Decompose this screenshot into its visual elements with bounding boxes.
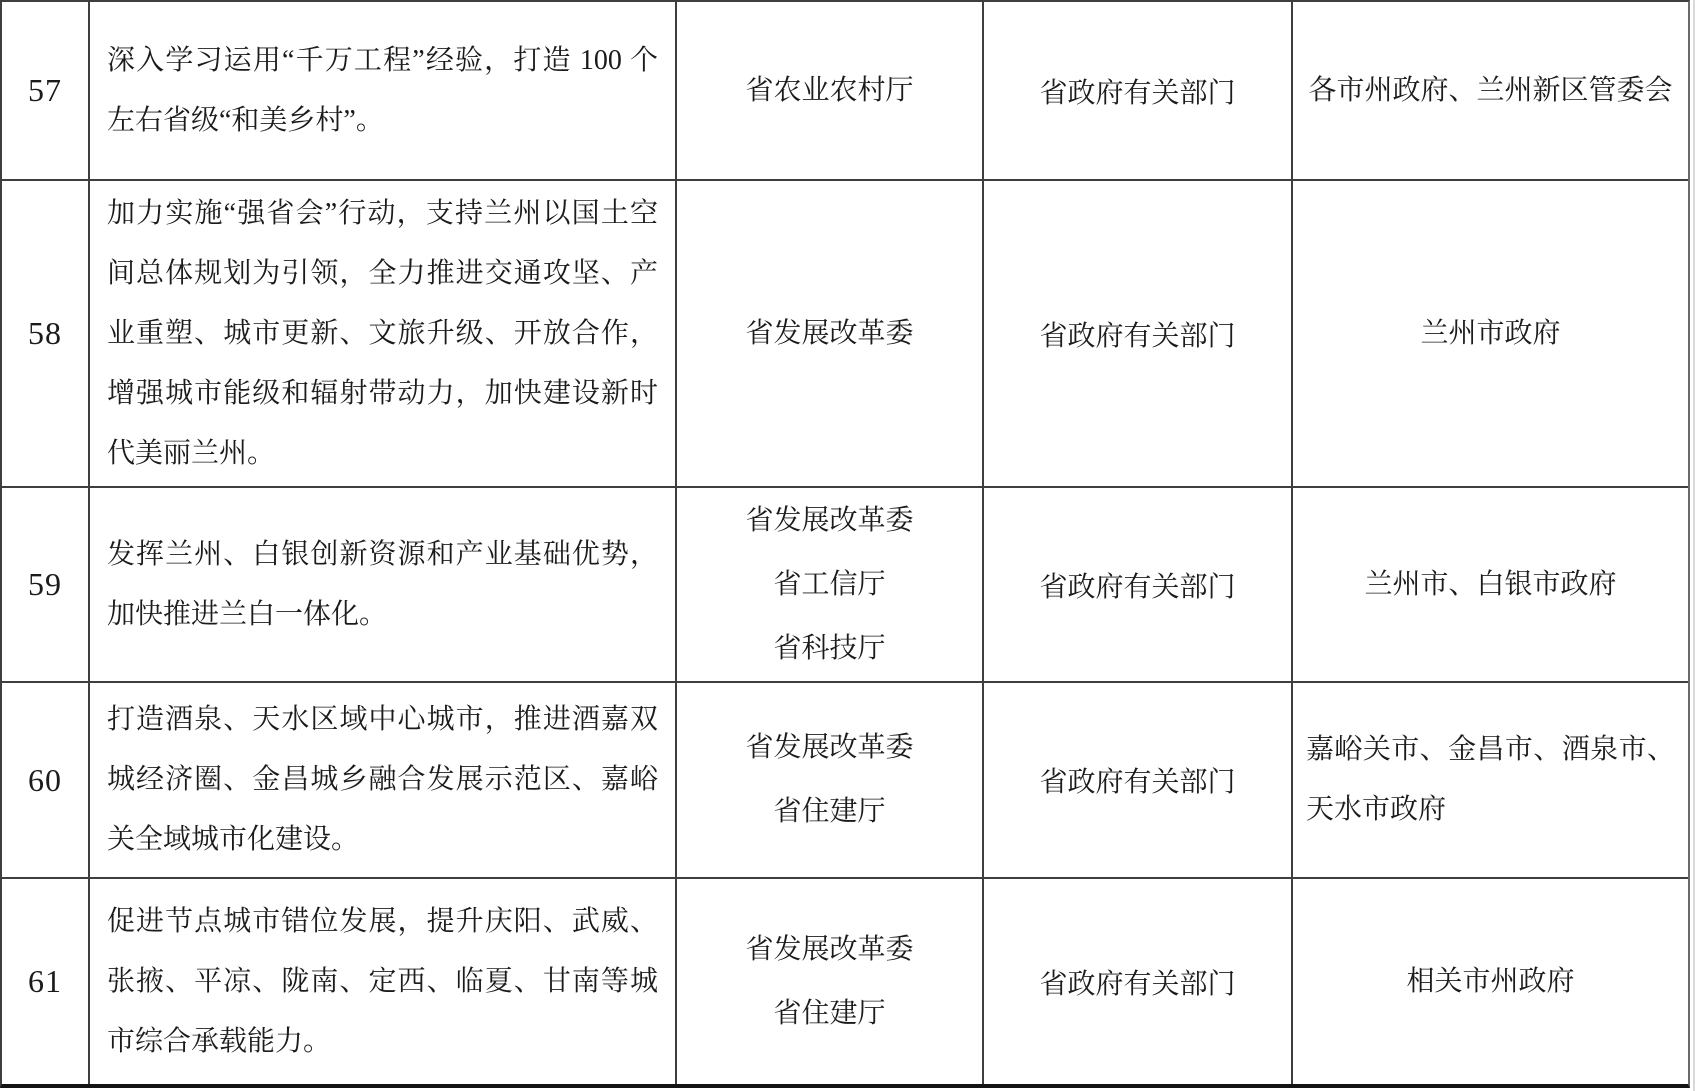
responsible-unit: 省政府有关部门 bbox=[1039, 962, 1235, 1002]
implement-unit-cell: 相关市州政府 bbox=[1293, 879, 1688, 1084]
responsible-unit: 省政府有关部门 bbox=[1039, 71, 1235, 111]
lead-unit: 省住建厅 bbox=[677, 780, 982, 844]
lead-unit-cell: 省发展改革委 bbox=[677, 181, 984, 488]
implement-unit-cell: 兰州市政府 bbox=[1293, 181, 1688, 488]
lead-unit: 省发展改革委 bbox=[677, 716, 982, 780]
implement-unit: 各市州政府、兰州新区管委会 bbox=[1293, 62, 1688, 120]
row-number: 61 bbox=[2, 879, 90, 1084]
lead-unit: 省发展改革委 bbox=[677, 489, 982, 553]
task-text: 促进节点城市错位发展，提升庆阳、武威、张掖、平凉、陇南、定西、临夏、甘南等城市综… bbox=[90, 892, 675, 1072]
lead-unit-lines: 省发展改革委 省工信厅 省科技厅 bbox=[677, 489, 982, 681]
responsible-unit: 省政府有关部门 bbox=[1039, 760, 1235, 800]
lead-unit-lines: 省农业农村厅 bbox=[677, 59, 982, 123]
task-text: 深入学习运用“千万工程”经验，打造 100 个左右省级“和美乡村”。 bbox=[90, 31, 675, 151]
lead-unit-lines: 省发展改革委 省住建厅 bbox=[677, 918, 982, 1046]
responsible-unit-cell: 省政府有关部门 bbox=[984, 488, 1293, 683]
implement-unit-cell: 兰州市、白银市政府 bbox=[1293, 488, 1688, 683]
lead-unit-cell: 省发展改革委 省住建厅 bbox=[677, 879, 984, 1084]
implement-unit: 嘉峪关市、金昌市、酒泉市、天水市政府 bbox=[1293, 720, 1688, 840]
task-text: 加力实施“强省会”行动，支持兰州以国土空间总体规划为引领，全力推进交通攻坚、产业… bbox=[90, 184, 675, 484]
lead-unit-cell: 省农业农村厅 bbox=[677, 2, 984, 181]
implement-unit: 兰州市政府 bbox=[1293, 305, 1688, 363]
responsible-unit: 省政府有关部门 bbox=[1039, 314, 1235, 354]
lead-unit: 省科技厅 bbox=[677, 617, 982, 681]
implement-unit: 兰州市、白银市政府 bbox=[1293, 556, 1688, 614]
task-text: 打造酒泉、天水区域中心城市，推进酒嘉双城经济圈、金昌城乡融合发展示范区、嘉峪关全… bbox=[90, 690, 675, 870]
responsible-unit: 省政府有关部门 bbox=[1039, 565, 1235, 605]
implement-unit-cell: 各市州政府、兰州新区管委会 bbox=[1293, 2, 1688, 181]
task-text: 发挥兰州、白银创新资源和产业基础优势，加快推进兰白一体化。 bbox=[90, 525, 675, 645]
task-division-table: 57 深入学习运用“千万工程”经验，打造 100 个左右省级“和美乡村”。 省农… bbox=[0, 0, 1690, 1088]
lead-unit: 省发展改革委 bbox=[677, 302, 982, 366]
lead-unit: 省住建厅 bbox=[677, 982, 982, 1046]
row-number: 57 bbox=[2, 2, 90, 181]
lead-unit: 省发展改革委 bbox=[677, 918, 982, 982]
task-text-cell: 促进节点城市错位发展，提升庆阳、武威、张掖、平凉、陇南、定西、临夏、甘南等城市综… bbox=[90, 879, 677, 1084]
responsible-unit-cell: 省政府有关部门 bbox=[984, 2, 1293, 181]
responsible-unit-cell: 省政府有关部门 bbox=[984, 181, 1293, 488]
implement-unit-cell: 嘉峪关市、金昌市、酒泉市、天水市政府 bbox=[1293, 683, 1688, 879]
implement-unit: 相关市州政府 bbox=[1293, 953, 1688, 1011]
lead-unit-cell: 省发展改革委 省工信厅 省科技厅 bbox=[677, 488, 984, 683]
row-number: 59 bbox=[2, 488, 90, 683]
lead-unit-lines: 省发展改革委 bbox=[677, 302, 982, 366]
row-number: 58 bbox=[2, 181, 90, 488]
lead-unit-lines: 省发展改革委 省住建厅 bbox=[677, 716, 982, 844]
responsible-unit-cell: 省政府有关部门 bbox=[984, 879, 1293, 1084]
task-text-cell: 深入学习运用“千万工程”经验，打造 100 个左右省级“和美乡村”。 bbox=[90, 2, 677, 181]
responsible-unit-cell: 省政府有关部门 bbox=[984, 683, 1293, 879]
lead-unit-cell: 省发展改革委 省住建厅 bbox=[677, 683, 984, 879]
row-number: 60 bbox=[2, 683, 90, 879]
task-text-cell: 加力实施“强省会”行动，支持兰州以国土空间总体规划为引领，全力推进交通攻坚、产业… bbox=[90, 181, 677, 488]
lead-unit: 省农业农村厅 bbox=[677, 59, 982, 123]
lead-unit: 省工信厅 bbox=[677, 553, 982, 617]
task-text-cell: 发挥兰州、白银创新资源和产业基础优势，加快推进兰白一体化。 bbox=[90, 488, 677, 683]
task-text-cell: 打造酒泉、天水区域中心城市，推进酒嘉双城经济圈、金昌城乡融合发展示范区、嘉峪关全… bbox=[90, 683, 677, 879]
